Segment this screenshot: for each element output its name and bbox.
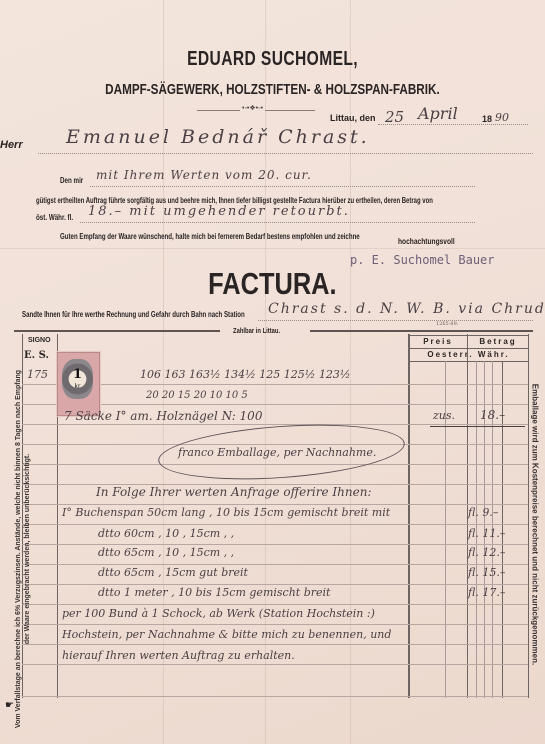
preis-header: Preis [408,335,468,349]
row-rule [22,604,528,605]
shipping-station-hand: Chrast s. d. N. W. B. via Chrudim. [268,301,545,317]
row-preis: fl. 9.– [468,506,498,519]
body-line1-label-text: Den mir [60,176,83,185]
paper-fold [0,248,545,249]
row-rule [22,424,528,425]
document-title-text: FACTURA. [208,266,337,302]
row-rule [22,564,528,565]
salutation: Herr [0,139,23,151]
shipping-label-text: Sandte Ihnen für Ihre werthe Rechnung un… [22,309,245,319]
row-desc: 106 163 163½ 134½ 125 125½ 123½ [140,368,351,381]
row-desc: Hochstein, per Nachnahme & bitte mich zu… [62,628,391,641]
stamp-unit: kr [62,383,93,390]
date-day: 25 [385,108,404,126]
row-desc: dtto 65cm , 10 , 15cm , , [98,546,234,559]
row-rule [22,624,528,625]
row-rule [22,644,528,645]
date-year-prefix: 18 [482,114,492,124]
left-margin-note: Vom Verfallstage an berechne ich 6% Verz… [14,349,32,744]
body-line3-label-text: öst. Währ. fl. [36,213,73,222]
body-line4-text: Guten Empfang der Waare wünschend, halte… [60,231,360,241]
date-year-suffix: 90 [495,111,509,124]
row-preis: fl. 12.– [468,546,505,559]
printer-mark: 1265-89. [436,321,458,327]
body-line3-fill [80,222,475,223]
row-desc: I° Buchenspan 50cm lang , 10 bis 15cm ge… [62,506,390,519]
document-title: FACTURA. [0,266,545,302]
row-preis: fl. 15.– [468,566,505,579]
signature-stamp: p. E. Suchomel Bauer [350,253,495,267]
left-margin-note-line1: Vom Verfallstage an berechne ich 6% Verz… [14,349,23,744]
row-preis: zus. [433,409,455,422]
body-line3-label: öst. Währ. fl. [36,213,84,222]
row-rule [22,524,528,525]
row-rule [22,584,528,585]
company-name: EDUARD SUCHOMEL, [0,48,545,71]
company-subtitle: DAMPF-SÄGEWERK, HOLZSTIFTEN- & HOLZSPAN-… [0,81,545,98]
body-line1-hand: mit Ihrem Werten vom 20. cur. [96,168,312,182]
pointing-hand-icon: ☛ [5,700,14,711]
date-place-label: Littau, den [330,113,376,123]
table-right-border [528,334,529,698]
row-preis: fl. 11.– [468,527,505,540]
payable-note: Zahlbar in Littau. [233,326,293,335]
row-rule [22,696,528,697]
table-top-rule [14,330,220,332]
body-line1-label: Den mir [60,176,90,185]
recipient-line [38,153,533,154]
row-desc: dtto 60cm , 10 , 15cm , , [98,527,234,540]
left-margin-note-line2: der Waare eingebracht werden, bleiben un… [23,349,32,744]
row-desc: hierauf Ihren werten Auftrag zu erhalten… [62,649,295,662]
body-line1-fill [90,186,475,187]
table-top-rule [310,330,533,332]
ornament-icon: •◦•❖•◦• [240,104,265,112]
closing-text: hochachtungsvoll [398,236,455,246]
row-rule [22,504,528,505]
revenue-stamp: 1 kr [57,352,100,416]
betrag-header: Betrag [467,335,529,349]
row-desc: dtto 65cm , 15cm gut breit [98,566,248,579]
shipping-fill [258,320,533,321]
right-margin-note: Emballage wird zum Kostenpreise berechne… [531,365,540,685]
sum-underline [430,426,525,427]
company-subtitle-text: DAMPF-SÄGEWERK, HOLZSTIFTEN- & HOLZSPAN-… [105,81,440,98]
row-desc: In Folge Ihrer werten Anfrage offerire I… [96,485,372,499]
company-name-text: EDUARD SUCHOMEL, [187,48,358,71]
recipient-name: Emanuel Bednář Chrast. [66,126,370,148]
row-rule [22,664,528,665]
amount-hand: 18.– mit umgehender retourbt. [88,204,350,219]
closing: hochachtungsvoll [398,236,471,246]
stamp-value: 1 [62,367,93,382]
row-rule [22,544,528,545]
row-desc: 20 20 15 20 10 10 5 [146,390,248,401]
row-desc: per 100 Bund à 1 Schock, ab Werk (Statio… [62,607,375,620]
date-month: April [418,104,458,123]
signo-header: SIGNO [28,337,51,344]
currency-header: Oesterr. Währ. [408,348,529,362]
row-desc: 7 Säcke I° am. Holznägel N: 100 [64,409,262,423]
row-preis: fl. 17.– [468,586,505,599]
row-desc: dtto 1 meter , 10 bis 15cm gemischt brei… [98,586,330,599]
row-betrag: 18.– [480,408,505,422]
payable-note-text: Zahlbar in Littau. [233,326,280,335]
row-desc: franco Emballage, per Nachnahme. [178,446,376,459]
stamp-emblem-icon: 1 kr [62,359,93,399]
